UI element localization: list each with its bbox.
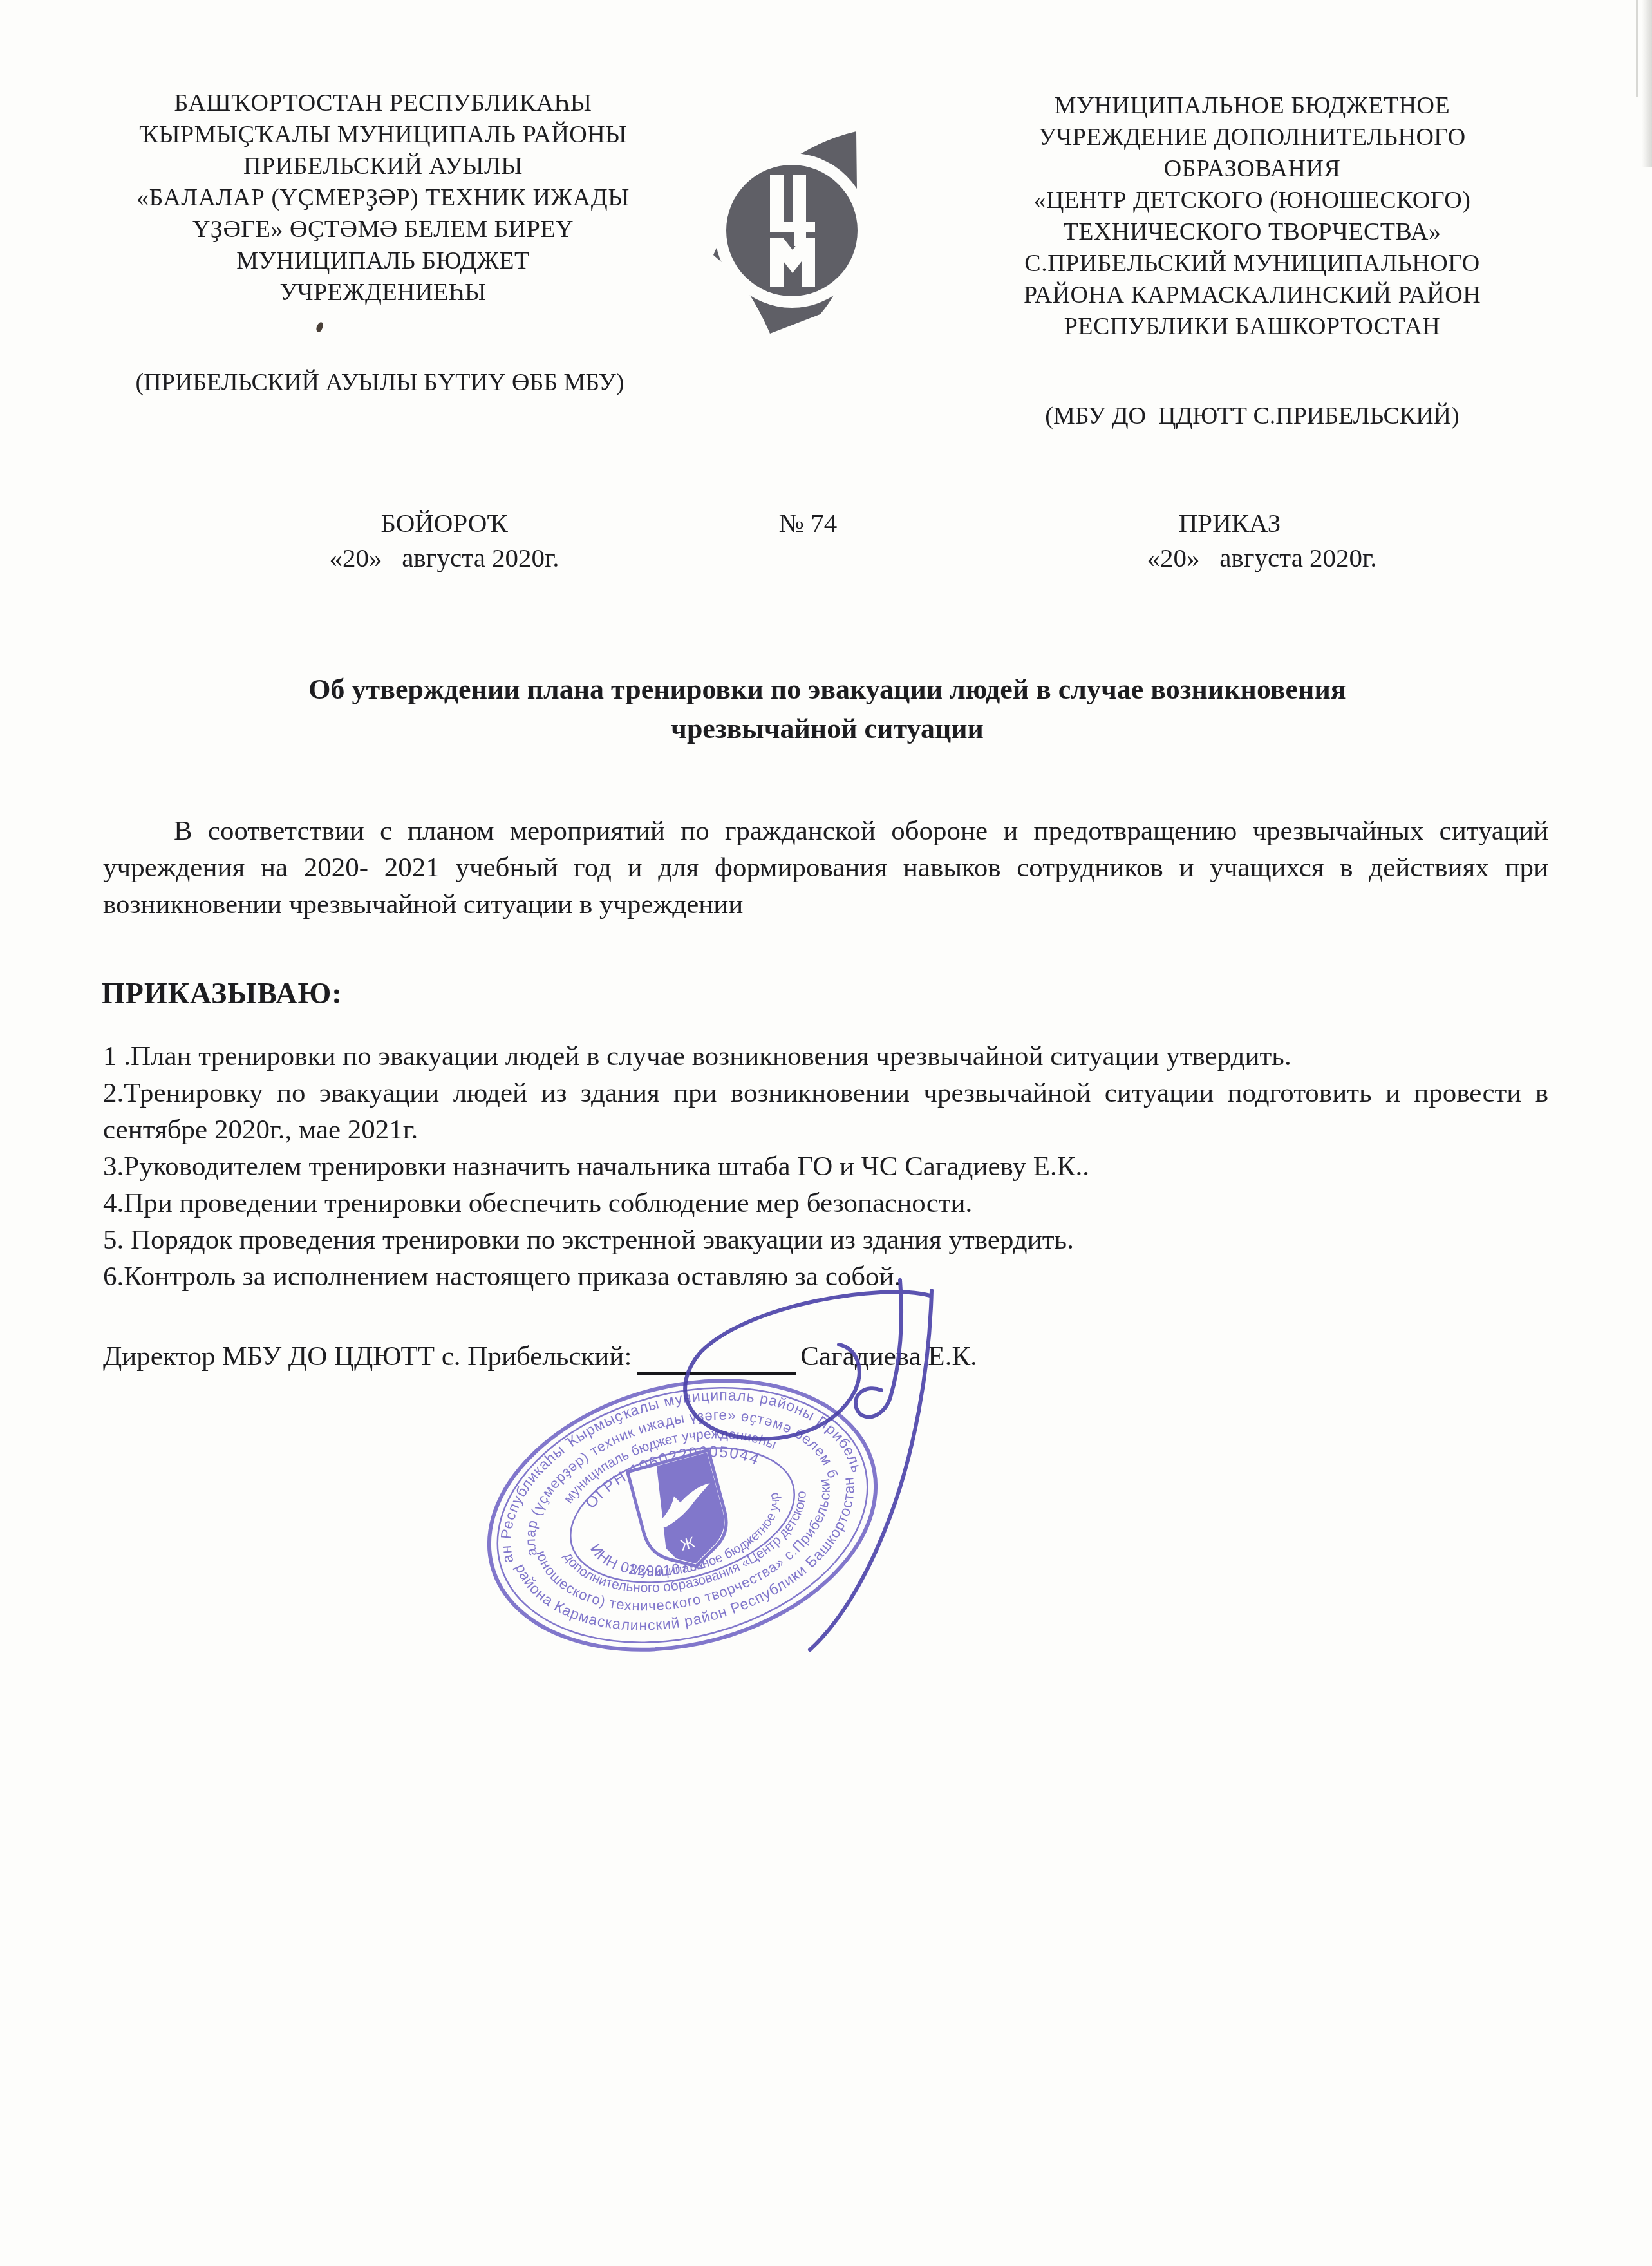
directive-item: 2.Тренировку по эвакуации людей из здани… — [103, 1075, 1548, 1148]
order-date-right: «20» августа 2020г. — [1101, 542, 1423, 573]
directive-item: 5. Порядок проведения тренировки по экст… — [103, 1222, 1548, 1258]
letterhead-line: ПРИБЕЛЬСКИЙ АУЫЛЫ — [97, 151, 670, 182]
letterhead-line: С.ПРИБЕЛЬСКИЙ МУНИЦИПАЛЬНОГО — [914, 248, 1590, 279]
document-title-line2: чрезвычайной ситуации — [103, 709, 1552, 748]
document-title: Об утверждении плана тренировки по эваку… — [103, 670, 1552, 748]
scan-edge-line — [1636, 0, 1638, 97]
letterhead-line: УЧРЕЖДЕНИЕ ДОПОЛНИТЕЛЬНОГО — [914, 122, 1590, 153]
directive-item: 4.При проведении тренировки обеспечить с… — [103, 1185, 1548, 1222]
letterhead-line: «БАЛАЛАР (ҮҪМЕРҘӘР) ТЕХНИК ИЖАДЫ — [97, 182, 670, 214]
resolve-word: ПРИКАЗЫВАЮ: — [102, 976, 343, 1010]
scan-speck — [315, 321, 324, 333]
letterhead-line: ҠЫРМЫҪҠАЛЫ МУНИЦИПАЛЬ РАЙОНЫ — [97, 119, 670, 151]
letterhead-line: МУНИЦИПАЛЬНОЕ БЮДЖЕТНОЕ — [914, 90, 1590, 122]
signature-strokes — [685, 1280, 932, 1650]
handwritten-signature — [612, 1262, 972, 1674]
order-number: № 74 — [708, 507, 908, 538]
order-date-left: «20» августа 2020г. — [283, 542, 605, 573]
short-name-russian: (МБУ ДО ЦДЮТТ С.ПРИБЕЛЬСКИЙ) — [914, 402, 1590, 430]
letterhead-line: БАШҠОРТОСТАН РЕСПУБЛИКАҺЫ — [97, 88, 670, 119]
directive-list: 1 .План тренировки по эвакуации людей в … — [103, 1038, 1548, 1295]
organization-logo — [694, 127, 867, 337]
letterhead-russian: МУНИЦИПАЛЬНОЕ БЮДЖЕТНОЕ УЧРЕЖДЕНИЕ ДОПОЛ… — [914, 90, 1590, 343]
letterhead-line: РАЙОНА КАРМАСКАЛИНСКИЙ РАЙОН — [914, 279, 1590, 311]
short-name-bashkir: (ПРИБЕЛЬСКИЙ АУЫЛЫ БҮТИҮ ӨББ МБУ) — [90, 368, 670, 397]
organization-logo-icon — [694, 127, 867, 337]
order-word-bashkir: БОЙОРОҠ — [309, 507, 579, 538]
directive-item: 1 .План тренировки по эвакуации людей в … — [103, 1038, 1548, 1075]
letterhead-bashkir: БАШҠОРТОСТАН РЕСПУБЛИКАҺЫ ҠЫРМЫҪҠАЛЫ МУН… — [97, 88, 670, 308]
scanned-order-document: БАШҠОРТОСТАН РЕСПУБЛИКАҺЫ ҠЫРМЫҪҠАЛЫ МУН… — [0, 0, 1652, 2266]
letterhead-line: ОБРАЗОВАНИЯ — [914, 153, 1590, 185]
intro-paragraph: В соответствии с планом мероприятий по г… — [103, 813, 1548, 923]
letterhead-line: ТЕХНИЧЕСКОГО ТВОРЧЕСТВА» — [914, 216, 1590, 248]
letterhead-line: ҮҘӘГЕ» ӨҪТӘМӘ БЕЛЕМ БИРЕҮ — [97, 214, 670, 245]
letterhead-line: РЕСПУБЛИКИ БАШКОРТОСТАН — [914, 311, 1590, 343]
letterhead-line: УЧРЕЖДЕНИЕҺЫ — [97, 277, 670, 308]
scan-edge-shadow — [1642, 0, 1652, 167]
document-title-line1: Об утверждении плана тренировки по эваку… — [103, 670, 1552, 709]
order-word-russian: ПРИКАЗ — [1094, 507, 1365, 538]
letterhead-line: МУНИЦИПАЛЬ БЮДЖЕТ — [97, 245, 670, 277]
directive-item: 3.Руководителем тренировки назначить нач… — [103, 1148, 1548, 1185]
letterhead-line: «ЦЕНТР ДЕТСКОГО (ЮНОШЕСКОГО) — [914, 185, 1590, 216]
